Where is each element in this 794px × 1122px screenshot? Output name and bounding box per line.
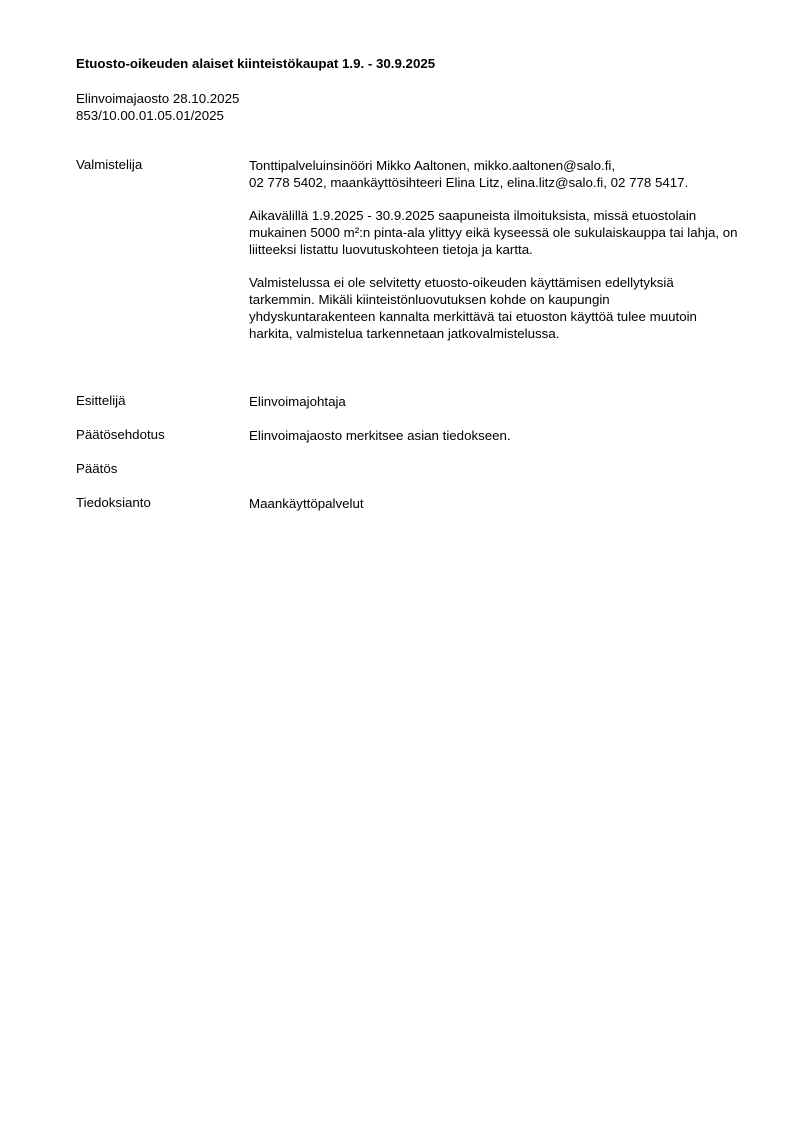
- paragraph-preparation: Valmistelussa ei ole selvitetty etuosto-…: [249, 274, 739, 342]
- section-label: Esittelijä: [76, 393, 246, 408]
- meeting-date: Elinvoimajaosto 28.10.2025: [76, 90, 239, 107]
- section-label: Päätös: [76, 461, 246, 476]
- document-title: Etuosto-oikeuden alaiset kiinteistökaupa…: [76, 56, 435, 71]
- section-value: Elinvoimajohtaja: [249, 393, 739, 410]
- preparer-contacts: Tonttipalveluinsinööri Mikko Aaltonen, m…: [249, 157, 739, 191]
- section-label: Tiedoksianto: [76, 495, 246, 510]
- section-label: Valmistelija: [76, 157, 246, 172]
- document-meta: Elinvoimajaosto 28.10.2025 853/10.00.01.…: [76, 90, 239, 124]
- section-label: Päätösehdotus: [76, 427, 246, 442]
- reference-number: 853/10.00.01.05.01/2025: [76, 107, 239, 124]
- paragraph-period: Aikavälillä 1.9.2025 - 30.9.2025 saapune…: [249, 207, 739, 258]
- section-value: Elinvoimajaosto merkitsee asian tiedokse…: [249, 427, 739, 444]
- preparer-line-1: Tonttipalveluinsinööri Mikko Aaltonen, m…: [249, 158, 615, 173]
- preparer-line-2: 02 778 5402, maankäyttösihteeri Elina Li…: [249, 175, 688, 190]
- section-value: Maankäyttöpalvelut: [249, 495, 739, 512]
- section-value: Tonttipalveluinsinööri Mikko Aaltonen, m…: [249, 157, 739, 358]
